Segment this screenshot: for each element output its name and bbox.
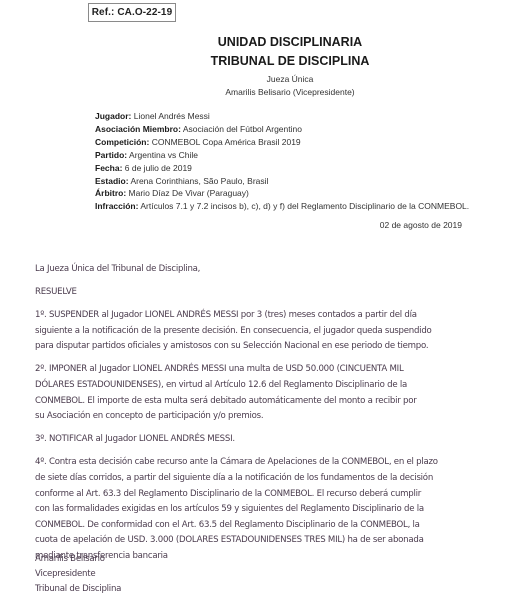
info-value: Artículos 7.1 y 7.2 incisos b), c), d) y…	[140, 201, 469, 211]
title-unidad-disciplinaria: UNIDAD DISCIPLINARIA	[150, 35, 430, 49]
info-label: Infracción:	[95, 201, 138, 211]
info-row-estadio: Estadio: Arena Corinthians, São Paulo, B…	[95, 175, 469, 188]
judge-role: Jueza Única	[150, 74, 430, 84]
info-row-fecha: Fecha: 6 de julio de 2019	[95, 162, 469, 175]
text-line: CONMEBOL. De conformidad con el Art. 63.…	[35, 518, 505, 534]
info-value: 6 de julio de 2019	[125, 163, 192, 173]
text-line: 3º. NOTIFICAR al Jugador LIONEL ANDRÉS M…	[35, 432, 505, 448]
info-row-jugador: Jugador: Lionel Andrés Messi	[95, 110, 469, 123]
info-label: Jugador:	[95, 111, 131, 121]
reference-number: Ref.: CA.O-22-19	[92, 7, 173, 18]
info-value: CONMEBOL Copa América Brasil 2019	[152, 137, 301, 147]
text-line: DÓLARES ESTADOUNIDENSES), en virtud al A…	[35, 378, 505, 394]
text-line: 2º. IMPONER al Jugador LIONEL ANDRÉS MES…	[35, 362, 505, 378]
text-line: siguiente a la notificación de la presen…	[35, 324, 505, 340]
info-row-arbitro: Árbitro: Mario Díaz De Vivar (Paraguay)	[95, 187, 469, 200]
resolves-heading: RESUELVE	[35, 285, 505, 301]
info-label: Fecha:	[95, 163, 122, 173]
document-date: 02 de agosto de 2019	[380, 220, 462, 230]
info-value: Argentina vs Chile	[129, 150, 198, 160]
info-row-partido: Partido: Argentina vs Chile	[95, 149, 469, 162]
text-line: CONMEBOL. El importe de esta multa será …	[35, 394, 505, 410]
title-tribunal-de-disciplina: TRIBUNAL DE DISCIPLINA	[150, 54, 430, 68]
text-line: para disputar partidos oficiales y amist…	[35, 339, 505, 355]
text-line: 1º. SUSPENDER al Jugador LIONEL ANDRÉS M…	[35, 308, 505, 324]
text-line: con las formalidades exigidas en los art…	[35, 502, 505, 518]
text-line: 4º. Contra esta decisión cabe recurso an…	[35, 455, 505, 471]
info-label: Estadio:	[95, 176, 129, 186]
resolution-paragraph-2: 2º. IMPONER al Jugador LIONEL ANDRÉS MES…	[35, 362, 505, 424]
resolution-paragraph-4: 4º. Contra esta decisión cabe recurso an…	[35, 455, 505, 564]
text-line: de siete días corridos, a partir del sig…	[35, 471, 505, 487]
signatory-body: Tribunal de Disciplina	[35, 582, 121, 597]
text-line: conforme al Art. 63.3 del Reglamento Dis…	[35, 487, 505, 503]
info-row-asociacion: Asociación Miembro: Asociación del Fútbo…	[95, 123, 469, 136]
info-label: Competición:	[95, 137, 149, 147]
reference-box: Ref.: CA.O-22-19	[88, 3, 176, 22]
info-row-competicion: Competición: CONMEBOL Copa América Brasi…	[95, 136, 469, 149]
info-label: Asociación Miembro:	[95, 124, 181, 134]
info-value: Arena Corinthians, São Paulo, Brasil	[130, 176, 268, 186]
resolution-body: La Jueza Única del Tribunal de Disciplin…	[35, 262, 505, 572]
info-label: Partido:	[95, 150, 127, 160]
signatory-name: Amarilis Belisario	[35, 552, 121, 567]
signature-block: Amarilis Belisario Vicepresidente Tribun…	[35, 552, 121, 598]
resolution-paragraph-1: 1º. SUSPENDER al Jugador LIONEL ANDRÉS M…	[35, 308, 505, 355]
info-row-infraccion: Infracción: Artículos 7.1 y 7.2 incisos …	[95, 200, 469, 213]
signatory-role: Vicepresidente	[35, 567, 121, 582]
intro-text: La Jueza Única del Tribunal de Disciplin…	[35, 262, 505, 278]
case-info: Jugador: Lionel Andrés Messi Asociación …	[95, 110, 469, 213]
info-value: Mario Díaz De Vivar (Paraguay)	[129, 188, 249, 198]
text-line: cuota de apelación de USD. 3.000 (DOLARE…	[35, 533, 505, 549]
judge-name: Amarilis Belisario (Vicepresidente)	[150, 87, 430, 97]
text-line: su Asociación en concepto de participaci…	[35, 409, 505, 425]
info-value: Lionel Andrés Messi	[134, 111, 210, 121]
info-label: Árbitro:	[95, 188, 126, 198]
resolution-paragraph-3: 3º. NOTIFICAR al Jugador LIONEL ANDRÉS M…	[35, 432, 505, 448]
info-value: Asociación del Fútbol Argentino	[183, 124, 302, 134]
